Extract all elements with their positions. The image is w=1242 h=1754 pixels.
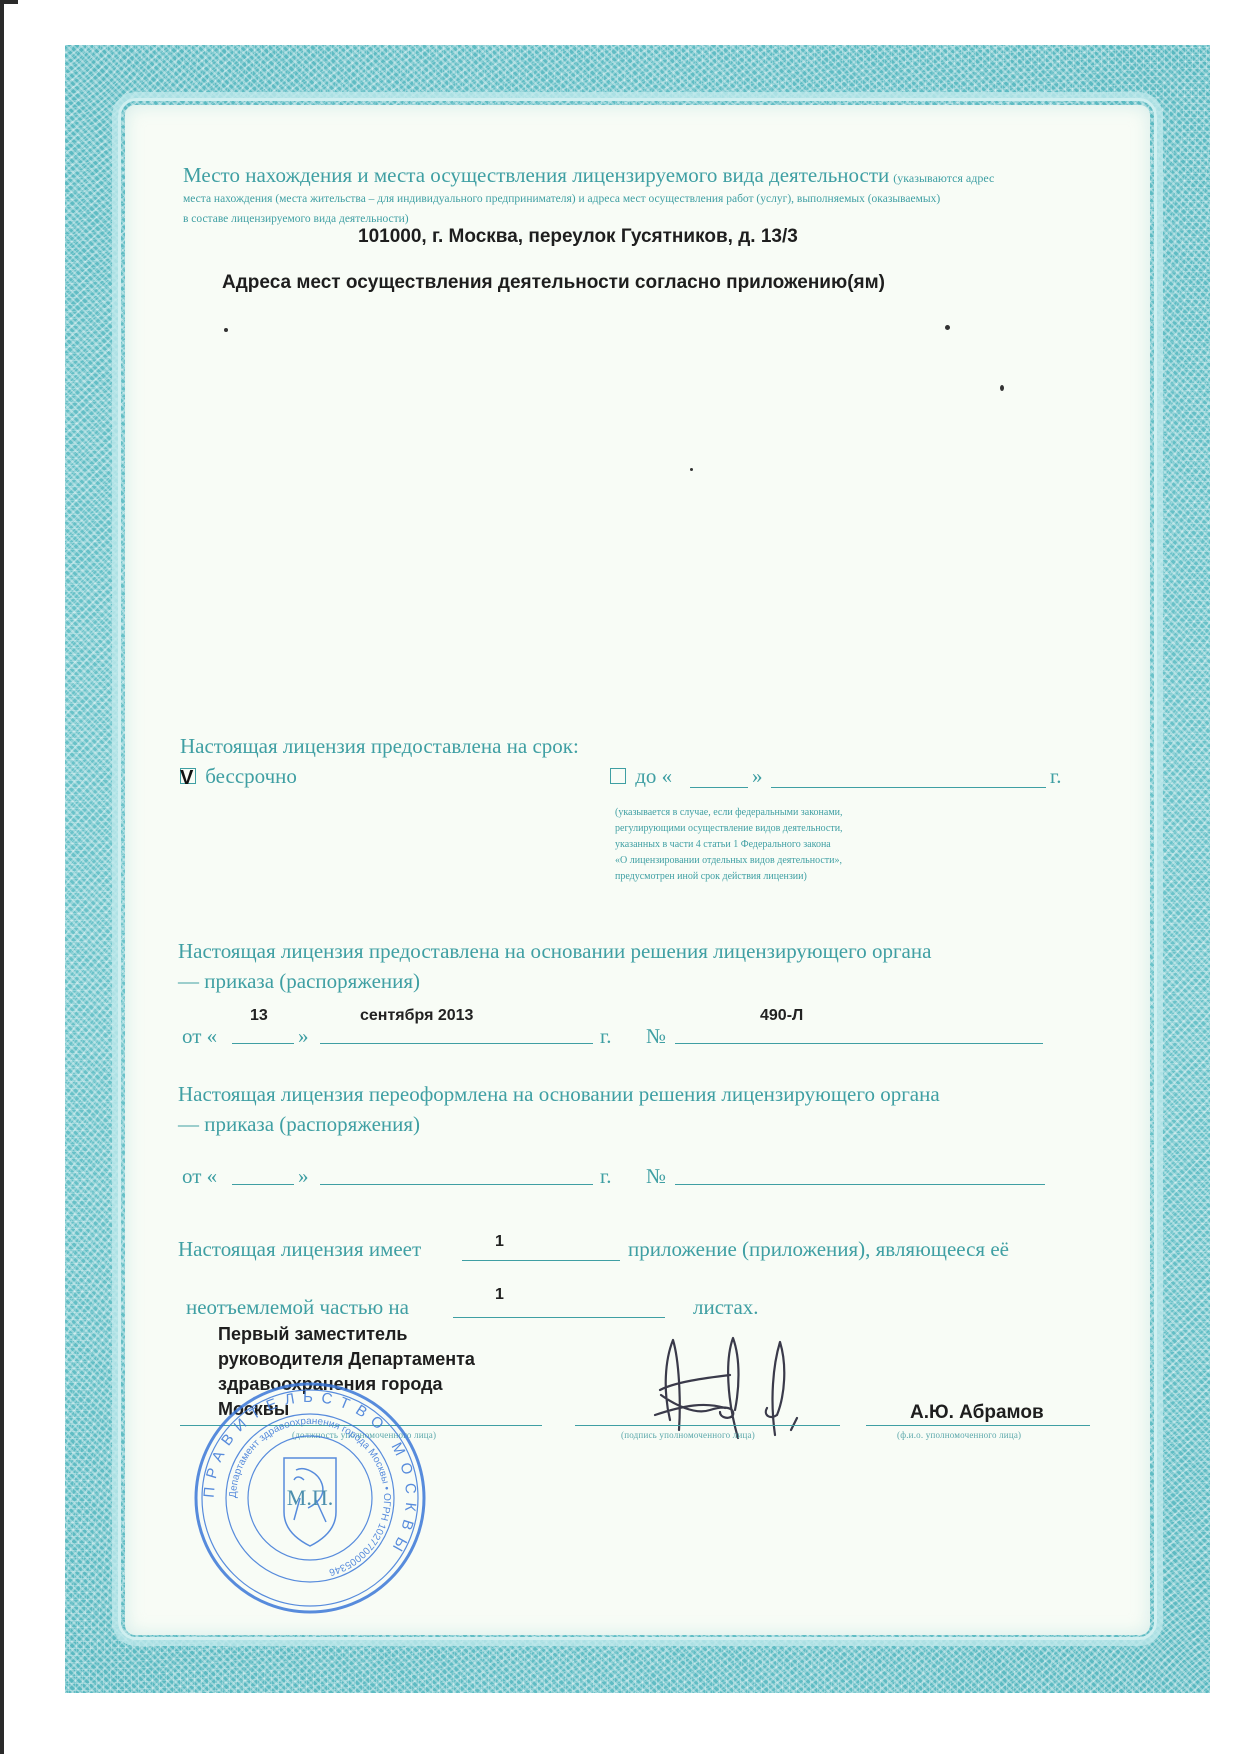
until-quote-close: »	[752, 762, 763, 791]
reissue-number-label: №	[646, 1162, 666, 1191]
basis-year-label: г.	[600, 1022, 612, 1051]
handwritten-signature	[615, 1320, 855, 1440]
sheet-count-field[interactable]	[453, 1317, 665, 1318]
location-note-line3: в составе лицензируемого вида деятельнос…	[183, 213, 409, 225]
reissue-number-field[interactable]	[675, 1184, 1045, 1185]
basis-day: 13	[250, 1007, 268, 1025]
term-heading: Настоящая лицензия предоставлена на срок…	[180, 732, 579, 761]
until-year-suffix: г.	[1050, 762, 1062, 791]
basis-month-year: сентября 2013	[360, 1007, 473, 1025]
basis-quote-close: »	[298, 1022, 309, 1051]
position-line: Первый заместитель	[218, 1322, 475, 1347]
basis-from-label: от «	[182, 1022, 217, 1051]
location-note-inline: (указываются адрес	[893, 171, 994, 185]
appendix-line1-suffix: приложение (приложения), являющееся её	[628, 1235, 1009, 1264]
scan-speck	[1000, 385, 1004, 391]
scan-edge-mark	[0, 0, 4, 1754]
location-heading: Место нахождения и места осуществления л…	[183, 163, 889, 187]
reissue-year-label: г.	[600, 1162, 612, 1191]
scan-speck	[224, 328, 228, 332]
location-note-line2: места нахождения (места жительства – для…	[183, 193, 940, 205]
reissue-heading-line1: Настоящая лицензия переоформлена на осно…	[178, 1080, 940, 1109]
term-note: (указывается в случае, если федеральными…	[615, 805, 843, 885]
reissue-heading-line2: — приказа (распоряжения)	[178, 1110, 420, 1139]
option-unlimited[interactable]: V бессрочно	[180, 762, 297, 791]
basis-heading-line1: Настоящая лицензия предоставлена на осно…	[178, 937, 931, 966]
reissue-month-year-field[interactable]	[320, 1184, 593, 1185]
scan-speck	[945, 325, 950, 330]
basis-number-label: №	[646, 1022, 666, 1051]
basis-number-field[interactable]	[675, 1043, 1043, 1044]
reissue-from-label: от «	[182, 1162, 217, 1191]
signatory-name: А.Ю. Абрамов	[910, 1402, 1044, 1424]
location-heading-row: Место нахождения и места осуществления л…	[183, 163, 994, 188]
signature-caption: (подпись уполномоченного лица)	[621, 1430, 755, 1440]
term-note-line: (указывается в случае, если федеральными…	[615, 805, 843, 821]
address: 101000, г. Москва, переулок Гусятников, …	[358, 226, 798, 248]
until-prefix: до «	[635, 764, 672, 788]
seal-mp-text: М.П.	[287, 1485, 333, 1510]
unlimited-checkbox[interactable]: V	[180, 768, 196, 784]
appendix-line2-suffix: листах.	[693, 1293, 759, 1322]
checkmark-icon: V	[180, 771, 193, 785]
appendix-line2-prefix: неотъемлемой частью на	[186, 1293, 409, 1322]
term-note-line: «О лицензировании отдельных видов деятел…	[615, 853, 843, 869]
basis-heading-line2: — приказа (распоряжения)	[178, 967, 420, 996]
until-month-year-field[interactable]	[771, 787, 1046, 788]
term-note-line: указанных в части 4 статьи 1 Федеральног…	[615, 837, 843, 853]
until-day-field[interactable]	[690, 787, 748, 788]
appendix-count: 1	[495, 1233, 504, 1251]
scan-speck	[690, 468, 693, 471]
basis-month-year-field[interactable]	[320, 1043, 593, 1044]
official-seal: ПРАВИТЕЛЬСТВО МОСКВЫ Департамент здравоо…	[192, 1380, 428, 1616]
option-until[interactable]: до «	[610, 762, 672, 791]
scan-corner-mark	[0, 0, 18, 4]
reissue-day-field[interactable]	[232, 1184, 294, 1185]
name-caption: (ф.и.о. уполномоченного лица)	[897, 1430, 1021, 1440]
unlimited-label: бессрочно	[205, 764, 297, 788]
basis-number: 490-Л	[760, 1007, 803, 1025]
position-line: руководителя Департамента	[218, 1347, 475, 1372]
name-field	[866, 1425, 1090, 1426]
sheet-count: 1	[495, 1286, 504, 1304]
appendix-line1-prefix: Настоящая лицензия имеет	[178, 1235, 421, 1264]
reissue-quote-close: »	[298, 1162, 309, 1191]
until-checkbox[interactable]	[610, 768, 626, 784]
appendix-count-field[interactable]	[462, 1260, 620, 1261]
basis-day-field[interactable]	[232, 1043, 294, 1044]
signature-field	[575, 1425, 840, 1426]
term-note-line: предусмотрен иной срок действия лицензии…	[615, 869, 843, 885]
term-note-line: регулирующими осуществление видов деятел…	[615, 821, 843, 837]
activity-addresses: Адреса мест осуществления деятельности с…	[222, 272, 885, 294]
